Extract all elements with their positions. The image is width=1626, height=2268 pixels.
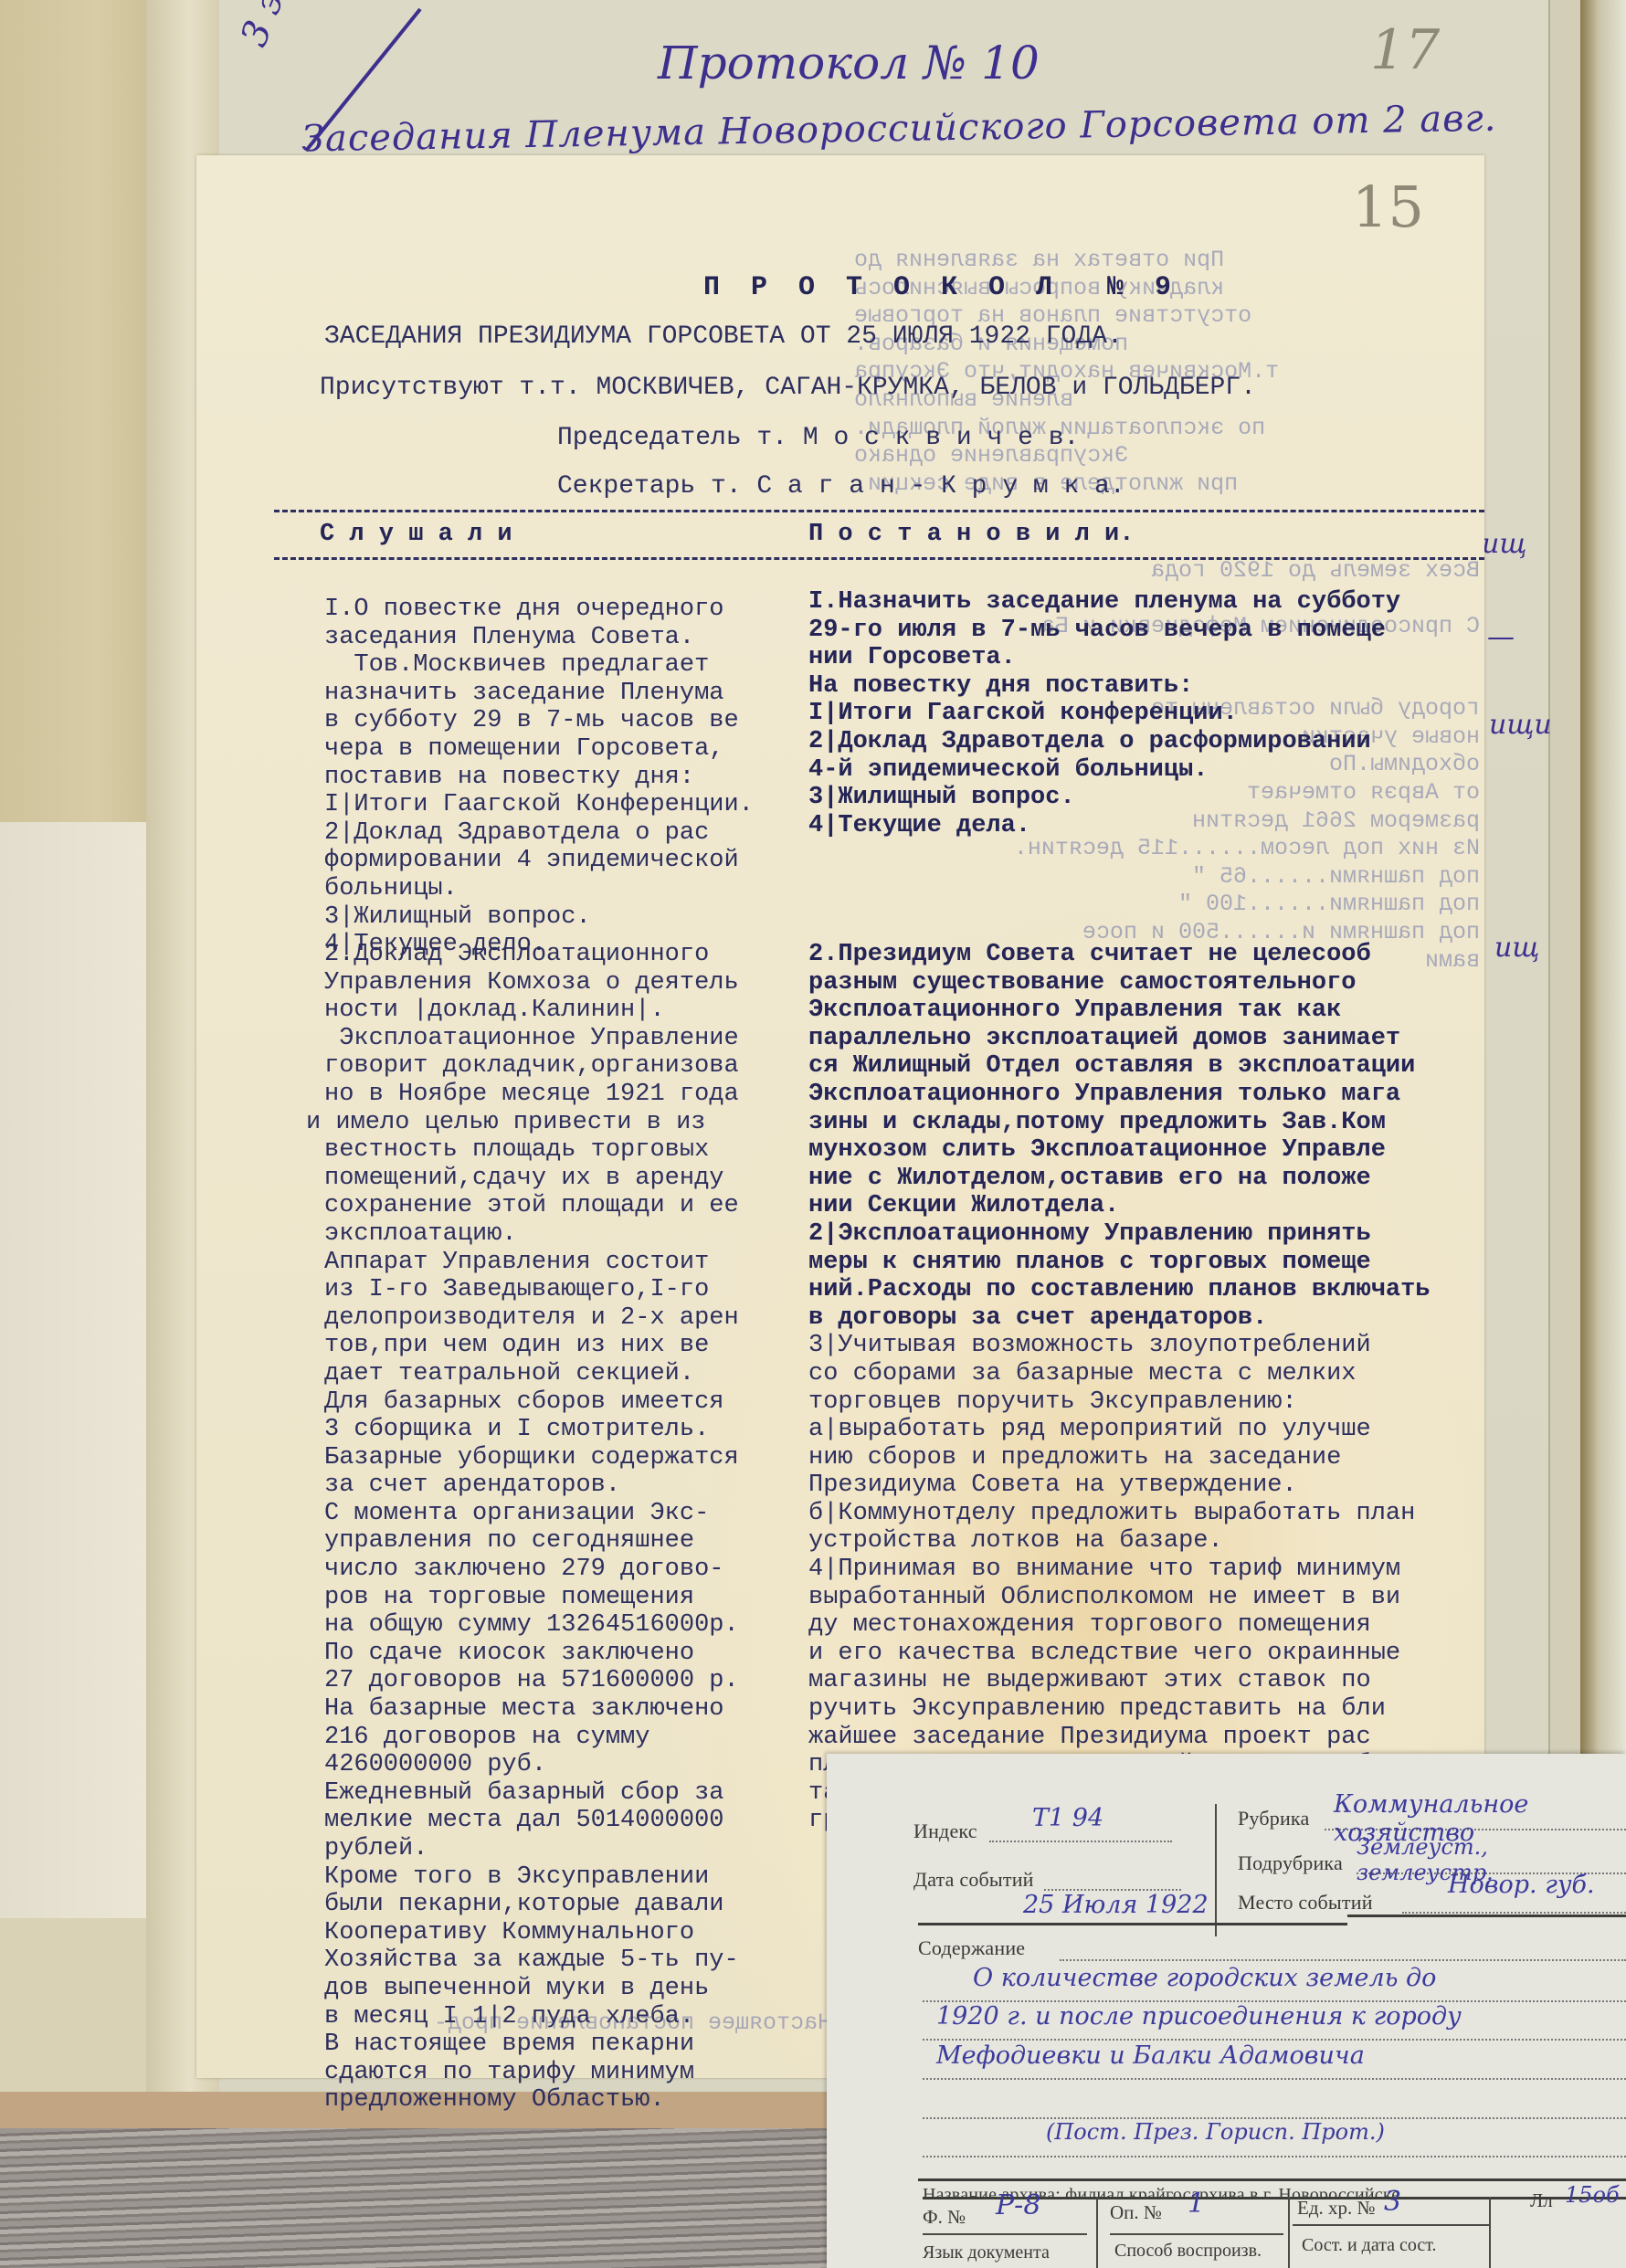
card-rule <box>918 2178 1626 2181</box>
content-field-line <box>923 2078 1626 2080</box>
event-date-value: 25 Июля 1922 <box>1023 1891 1209 1919</box>
fond-no-value: Р-8 <box>996 2189 1040 2221</box>
folder-protocol-title: Протокол № 10 <box>658 37 1040 90</box>
column-header-heard: С л у ш а л и <box>320 521 512 549</box>
language-label: Язык документа <box>923 2242 1050 2263</box>
index-value: Т1 94 <box>1032 1804 1103 1832</box>
item-2-heard: 2.Доклад Эксплоатационного Управления Ко… <box>324 941 739 2115</box>
left-page-leaf <box>0 0 166 849</box>
secretary: Секретарь т. С а г а н - К р у м к а. <box>557 473 1125 501</box>
folder-page-number: 17 <box>1370 18 1440 82</box>
margin-note: ищ <box>1494 932 1539 964</box>
fond-no-label: Ф. № <box>923 2206 966 2229</box>
place-value: Новор. губ. <box>1448 1871 1595 1899</box>
card-rule <box>1293 2224 1489 2226</box>
content-line: Мефодиевки и Балки Адамовича <box>936 2041 1365 2070</box>
present-members: Присутствуют т.т. МОСКВИЧЕВ, САГАН-КРУМК… <box>320 374 1256 403</box>
reproduction-label: Способ воспроизв. <box>1114 2241 1262 2262</box>
content-field-line <box>1060 1959 1626 1961</box>
column-header-resolved: П о с т а н о в и л и. <box>808 521 1134 549</box>
left-page-leaf-lower <box>0 822 153 1918</box>
divider-dashed <box>274 557 1484 560</box>
item-1-heard: I.О повестке дня очередного заседания Пл… <box>324 596 754 959</box>
sheet-label: Лл <box>1530 2189 1553 2212</box>
margin-note: ищи <box>1489 709 1552 741</box>
subrubric-label: Подрубрика <box>1238 1851 1343 1875</box>
condition-label: Сост. и дата сост. <box>1302 2235 1437 2256</box>
card-divider-vertical <box>1288 2197 1290 2268</box>
index-card-bottom-row: Ф. № Р-8 Оп. № 1 Ед. хр. № 3 Лл 15об Язы… <box>827 2197 1626 2268</box>
margin-note: — <box>1487 621 1515 653</box>
content-field-line <box>923 2039 1626 2041</box>
card-rule <box>1110 2233 1283 2235</box>
index-label: Индекс <box>913 1820 977 1843</box>
protocol-title: П Р О Т О К О Л № 9 <box>703 274 1178 302</box>
card-rule <box>1347 1915 1626 1917</box>
content-line: О количестве городских земель до <box>973 1964 1436 1992</box>
content-source-note: (Пост. През. Горисп. Прот.) <box>1046 2119 1385 2145</box>
item-1-resolved: I.Назначить заседание пленума на субботу… <box>808 588 1400 839</box>
sheet-value: 15об <box>1565 2182 1620 2208</box>
chairman: Председатель т. М о с к в и ч е в. <box>557 425 1079 453</box>
card-rule <box>918 1923 1347 1925</box>
opis-no-value: 1 <box>1188 2188 1205 2220</box>
place-field-line <box>1402 1912 1626 1914</box>
card-rule <box>923 2233 1087 2235</box>
place-label: Место событий <box>1238 1891 1373 1915</box>
card-divider-vertical <box>1096 2197 1098 2268</box>
rubric-label: Рубрика <box>1238 1807 1309 1830</box>
margin-note: ищ <box>1482 528 1526 560</box>
content-field-line <box>923 2156 1626 2157</box>
content-label: Содержание <box>918 1936 1025 1960</box>
divider-dashed <box>274 510 1484 512</box>
storage-unit-label: Ед. хр. № <box>1297 2197 1376 2220</box>
archive-index-card: Индекс Т1 94 Дата событий 25 Июля 1922 Р… <box>827 1754 1626 2268</box>
storage-unit-value: 3 <box>1384 2186 1401 2218</box>
index-field-line <box>989 1841 1172 1842</box>
opis-no-label: Оп. № <box>1110 2201 1162 2224</box>
sheet-page-number: 15 <box>1352 174 1424 240</box>
card-divider-vertical <box>1489 2197 1491 2268</box>
protocol-subtitle: ЗАСЕДАНИЯ ПРЕЗИДИУМА ГОРСОВЕТА ОТ 25 ИЮЛ… <box>324 323 1123 352</box>
item-2-resolved: 2.Президиум Совета считает не целесооб р… <box>808 941 1431 1835</box>
content-line: 1920 г. и после присоединения к городу <box>936 2002 1462 2031</box>
card-divider-vertical <box>1215 1804 1217 1936</box>
event-date-label: Дата событий <box>913 1868 1034 1892</box>
